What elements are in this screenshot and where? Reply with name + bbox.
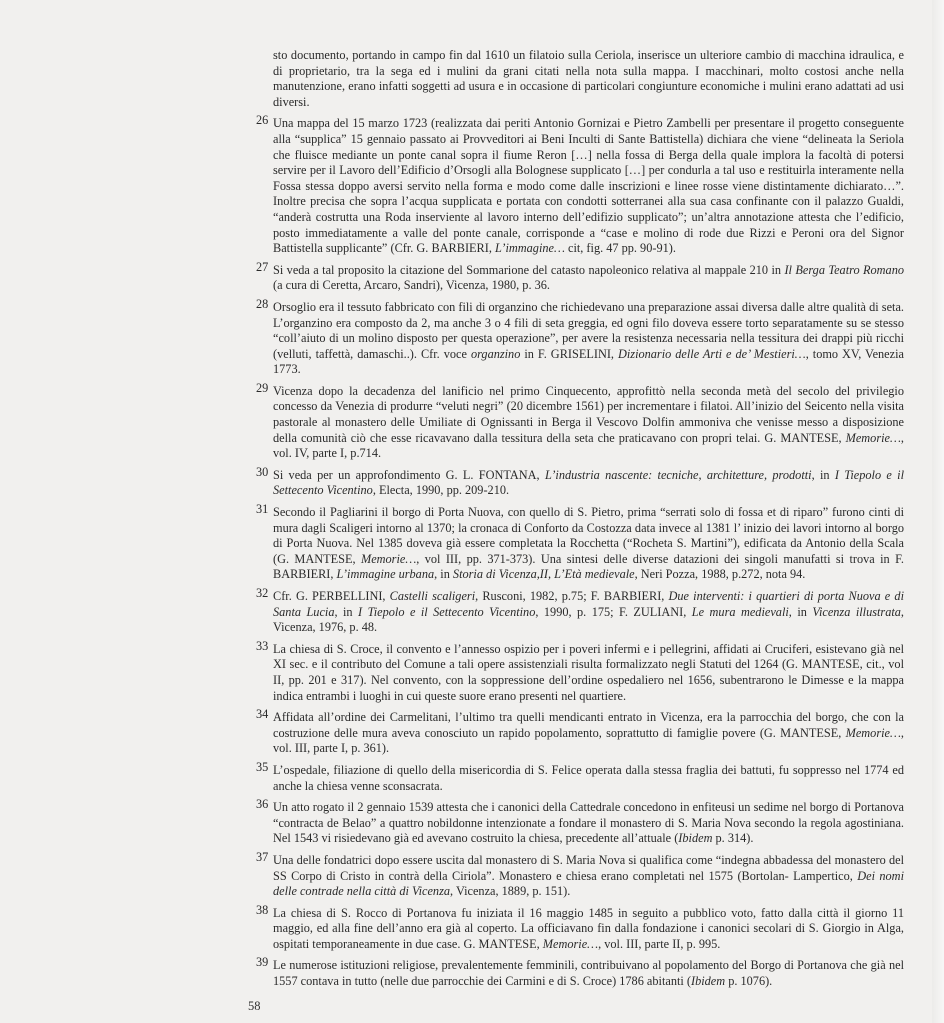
footnote-text: Le numerose istituzioni religiose, preva… bbox=[273, 958, 904, 989]
italic-citation: I Tiepolo e il Settecento Vicentino bbox=[358, 605, 535, 619]
footnote-number: 32 bbox=[256, 586, 268, 602]
footnote-35: 35L’ospedale, filiazione di quello della… bbox=[256, 763, 904, 794]
text-segment: p. 314). bbox=[712, 831, 753, 845]
footnote-39: 39Le numerose istituzioni religiose, pre… bbox=[256, 958, 904, 989]
footnote-text: Si veda a tal proposito la citazione del… bbox=[273, 263, 904, 294]
footnote-text: Si veda per un approfondimento G. L. FON… bbox=[273, 468, 904, 499]
text-segment: , in bbox=[789, 605, 813, 619]
italic-citation: Vicenza illustrata bbox=[812, 605, 901, 619]
footnote-number: 33 bbox=[256, 639, 268, 655]
footnote-27: 27Si veda a tal proposito la citazione d… bbox=[256, 263, 904, 294]
footnote-text: Orsoglio era il tessuto fabbricato con f… bbox=[273, 300, 904, 378]
text-segment: (a cura di Ceretta, Arcaro, Sandri), Vic… bbox=[273, 278, 550, 292]
text-segment: Cfr. G. PERBELLINI, bbox=[273, 589, 390, 603]
footnote-38: 38La chiesa di S. Rocco di Portanova fu … bbox=[256, 906, 904, 953]
footnote-33: 33La chiesa di S. Croce, il convento e l… bbox=[256, 642, 904, 704]
footnote-number: 30 bbox=[256, 465, 268, 481]
footnote-number: 38 bbox=[256, 903, 268, 919]
text-segment: Un atto rogato il 2 gennaio 1539 attesta… bbox=[273, 800, 904, 845]
text-segment: Le numerose istituzioni religiose, preva… bbox=[273, 958, 904, 988]
italic-citation: Castelli scaligeri bbox=[390, 589, 475, 603]
footnote-text: L’ospedale, filiazione di quello della m… bbox=[273, 763, 904, 794]
text-segment: , Electa, 1990, pp. 209-210. bbox=[373, 483, 509, 497]
footnote-text: Vicenza dopo la decadenza del lanificio … bbox=[273, 384, 904, 462]
footnote-number: 26 bbox=[256, 113, 268, 129]
footnote-text: Una mappa del 15 marzo 1723 (realizzata … bbox=[273, 116, 904, 256]
text-segment: , Neri Pozza, 1988, p.272, nota 94. bbox=[635, 567, 806, 581]
text-segment: p. 1076). bbox=[725, 974, 772, 988]
text-segment: Vicenza dopo la decadenza del lanificio … bbox=[273, 384, 904, 445]
page-binding-edge bbox=[932, 0, 944, 1023]
text-segment: in F. GRISELINI, bbox=[520, 347, 618, 361]
text-segment: Una delle fondatrici dopo essere uscita … bbox=[273, 853, 904, 883]
text-segment: , 1990, p. 175; F. ZULIANI, bbox=[535, 605, 691, 619]
continued-paragraph: sto documento, portando in campo fin dal… bbox=[273, 48, 904, 110]
footnotes-column: sto documento, portando in campo fin dal… bbox=[256, 48, 904, 996]
footnote-32: 32Cfr. G. PERBELLINI, Castelli scaligeri… bbox=[256, 589, 904, 636]
text-segment: Si veda a tal proposito la citazione del… bbox=[273, 263, 784, 277]
text-segment: Una mappa del 15 marzo 1723 (realizzata … bbox=[273, 116, 904, 255]
italic-citation: Memorie… bbox=[543, 937, 598, 951]
italic-citation: Dizionario delle Arti e de’ Mestieri… bbox=[618, 347, 806, 361]
footnote-text: La chiesa di S. Croce, il convento e l’a… bbox=[273, 642, 904, 704]
italic-citation: Memorie… bbox=[361, 552, 416, 566]
footnotes-list: 26Una mappa del 15 marzo 1723 (realizzat… bbox=[256, 116, 904, 989]
text-segment: , Rusconi, 1982, p.75; F. BARBIERI, bbox=[475, 589, 668, 603]
footnote-31: 31Secondo il Pagliarini il borgo di Port… bbox=[256, 505, 904, 583]
footnote-number: 29 bbox=[256, 381, 268, 397]
text-segment: cit, fig. 47 pp. 90-91). bbox=[565, 241, 676, 255]
text-segment: La chiesa di S. Croce, il convento e l’a… bbox=[273, 642, 904, 703]
footnote-text: Secondo il Pagliarini il borgo di Porta … bbox=[273, 505, 904, 583]
footnote-number: 35 bbox=[256, 760, 268, 776]
italic-citation: Le mura medievali bbox=[692, 605, 789, 619]
footnote-number: 27 bbox=[256, 260, 268, 276]
footnote-number: 37 bbox=[256, 850, 268, 866]
italic-citation: L’industria nascente: tecniche, architet… bbox=[545, 468, 812, 482]
footnote-number: 34 bbox=[256, 707, 268, 723]
footnote-number: 28 bbox=[256, 297, 268, 313]
italic-citation: organzino bbox=[471, 347, 520, 361]
text-segment: , Vicenza, 1889, p. 151). bbox=[450, 884, 570, 898]
footnote-number: 39 bbox=[256, 955, 268, 971]
footnote-number: 31 bbox=[256, 502, 268, 518]
text-segment: , vol. III, parte II, p. 995. bbox=[598, 937, 720, 951]
footnote-37: 37Una delle fondatrici dopo essere uscit… bbox=[256, 853, 904, 900]
footnote-text: Un atto rogato il 2 gennaio 1539 attesta… bbox=[273, 800, 904, 847]
footnote-34: 34Affidata all’ordine dei Carmelitani, l… bbox=[256, 710, 904, 757]
italic-citation: Storia di Vicenza,II, L’Età medievale bbox=[453, 567, 635, 581]
text-segment: Affidata all’ordine dei Carmelitani, l’u… bbox=[273, 710, 904, 740]
footnote-36: 36Un atto rogato il 2 gennaio 1539 attes… bbox=[256, 800, 904, 847]
italic-citation: L’immagine… bbox=[495, 241, 565, 255]
text-segment: L’ospedale, filiazione di quello della m… bbox=[273, 763, 904, 793]
italic-citation: Memorie… bbox=[846, 726, 901, 740]
italic-citation: Ibidem bbox=[678, 831, 712, 845]
text-segment: , in bbox=[334, 605, 358, 619]
text-segment: , in bbox=[434, 567, 453, 581]
footnote-text: La chiesa di S. Rocco di Portanova fu in… bbox=[273, 906, 904, 953]
footnote-28: 28Orsoglio era il tessuto fabbricato con… bbox=[256, 300, 904, 378]
footnote-30: 30Si veda per un approfondimento G. L. F… bbox=[256, 468, 904, 499]
footnote-text: Affidata all’ordine dei Carmelitani, l’u… bbox=[273, 710, 904, 757]
italic-citation: L’immagine urbana bbox=[337, 567, 435, 581]
footnote-29: 29Vicenza dopo la decadenza del lanifici… bbox=[256, 384, 904, 462]
text-segment: Si veda per un approfondimento G. L. FON… bbox=[273, 468, 545, 482]
footnote-26: 26Una mappa del 15 marzo 1723 (realizzat… bbox=[256, 116, 904, 256]
italic-citation: Il Berga Teatro Romano bbox=[784, 263, 904, 277]
footnote-text: Una delle fondatrici dopo essere uscita … bbox=[273, 853, 904, 900]
page-number: 58 bbox=[248, 999, 261, 1014]
italic-citation: Ibidem bbox=[691, 974, 725, 988]
italic-citation: Memorie… bbox=[846, 431, 901, 445]
text-segment: , in bbox=[812, 468, 835, 482]
footnote-text: Cfr. G. PERBELLINI, Castelli scaligeri, … bbox=[273, 589, 904, 636]
footnote-number: 36 bbox=[256, 797, 268, 813]
